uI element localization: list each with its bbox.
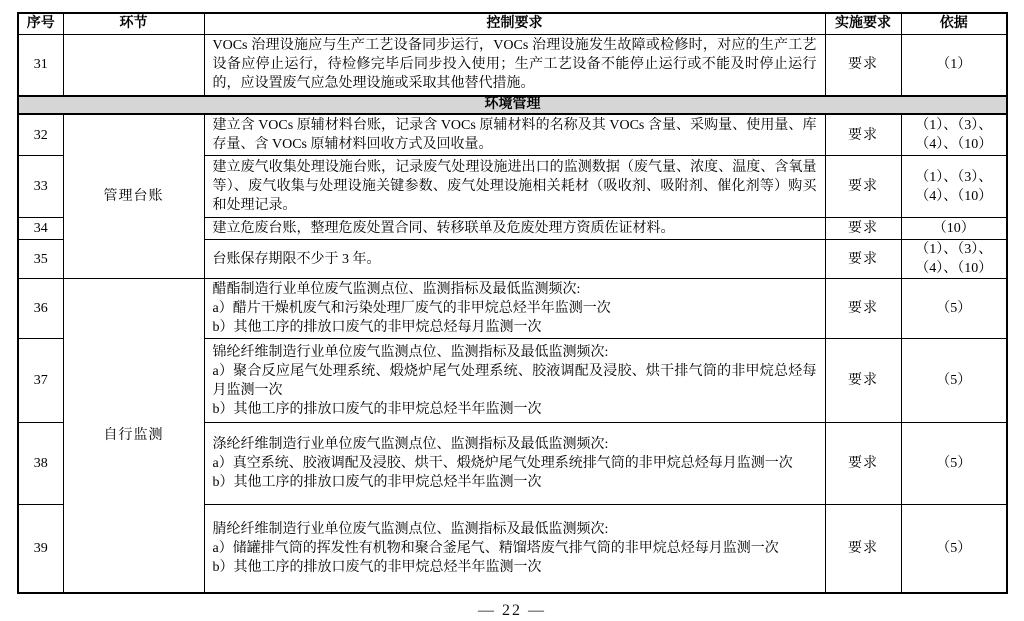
row-basis: （5）	[901, 279, 1007, 339]
row-control: 腈纶纤维制造行业单位废气监测点位、监测指标及最低监测频次: a）储罐排气筒的挥发…	[204, 505, 825, 593]
control-text: 建立危废台账，整理危废处置合同、转移联单及危废处理方资质佐证材料。	[213, 219, 817, 238]
control-text: 腈纶纤维制造行业单位废气监测点位、监测指标及最低监测频次:	[213, 520, 817, 539]
row-basis: （5）	[901, 423, 1007, 505]
control-text: a）聚合反应尾气处理系统、煅烧炉尾气处理系统、胶液调配及浸胶、烘干排气筒的非甲烷…	[213, 362, 817, 400]
header-no: 序号	[18, 13, 63, 34]
control-text: b）其他工序的排放口废气的非甲烷总烃半年监测一次	[213, 558, 817, 577]
header-basis: 依据	[901, 13, 1007, 34]
row-control: 醋酯制造行业单位废气监测点位、监测指标及最低监测频次: a）醋片干燥机废气和污染…	[204, 279, 825, 339]
row-implementation: 要求	[825, 34, 901, 96]
row-implementation: 要求	[825, 423, 901, 505]
stage-self-monitoring: 自行监测	[63, 279, 204, 593]
page-number: — 22 —	[0, 600, 1024, 621]
row-no: 38	[18, 423, 63, 505]
header-control: 控制要求	[204, 13, 825, 34]
row-basis: （1）、（3）、 （4）、（10）	[901, 114, 1007, 156]
row-implementation: 要求	[825, 156, 901, 218]
row-control: 涤纶纤维制造行业单位废气监测点位、监测指标及最低监测频次: a）真空系统、胶液调…	[204, 423, 825, 505]
control-text: 建立废气收集处理设施台账，记录废气处理设施进出口的监测数据（废气量、浓度、温度、…	[213, 158, 817, 215]
section-header-row: 环境管理	[18, 96, 1007, 114]
row-basis: （10）	[901, 218, 1007, 240]
row-implementation: 要求	[825, 279, 901, 339]
control-text: a）醋片干燥机废气和污染处理厂废气的非甲烷总烃半年监测一次	[213, 299, 817, 318]
row-no: 36	[18, 279, 63, 339]
header-implementation: 实施要求	[825, 13, 901, 34]
control-text: 台账保存期限不少于 3 年。	[213, 250, 817, 269]
control-text: b）其他工序的排放口废气的非甲烷总烃半年监测一次	[213, 473, 817, 492]
row-control: 建立含 VOCs 原辅材料台账，记录含 VOCs 原辅材料的名称及其 VOCs …	[204, 114, 825, 156]
row-basis: （5）	[901, 339, 1007, 423]
row-no: 37	[18, 339, 63, 423]
stage-management-ledger: 管理台账	[63, 114, 204, 279]
row-basis: （1）、（3）、 （4）、（10）	[901, 240, 1007, 279]
table-row: 32 管理台账 建立含 VOCs 原辅材料台账，记录含 VOCs 原辅材料的名称…	[18, 114, 1007, 156]
table-row: 31 VOCs 治理设施应与生产工艺设备同步运行，VOCs 治理设施发生故障或检…	[18, 34, 1007, 96]
row-basis: （5）	[901, 505, 1007, 593]
row-control: VOCs 治理设施应与生产工艺设备同步运行，VOCs 治理设施发生故障或检修时，…	[204, 34, 825, 96]
row-control: 建立危废台账，整理危废处置合同、转移联单及危废处理方资质佐证材料。	[204, 218, 825, 240]
row-implementation: 要求	[825, 218, 901, 240]
requirements-table: 序号 环节 控制要求 实施要求 依据 31 VOCs 治理设施应与生产工艺设备同…	[17, 12, 1008, 594]
section-header-label: 环境管理	[18, 96, 1007, 114]
row-no: 31	[18, 34, 63, 96]
row-implementation: 要求	[825, 339, 901, 423]
row-no: 34	[18, 218, 63, 240]
row-control: 建立废气收集处理设施台账，记录废气处理设施进出口的监测数据（废气量、浓度、温度、…	[204, 156, 825, 218]
control-text: 醋酯制造行业单位废气监测点位、监测指标及最低监测频次:	[213, 280, 817, 299]
row-implementation: 要求	[825, 240, 901, 279]
control-text: a）储罐排气筒的挥发性有机物和聚合釜尾气、精馏塔废气排气筒的非甲烷总烃每月监测一…	[213, 539, 817, 558]
control-text: b）其他工序的排放口废气的非甲烷总烃每月监测一次	[213, 318, 817, 337]
control-text: VOCs 治理设施应与生产工艺设备同步运行，VOCs 治理设施发生故障或检修时，…	[213, 36, 817, 93]
table-header-row: 序号 环节 控制要求 实施要求 依据	[18, 13, 1007, 34]
table-row: 36 自行监测 醋酯制造行业单位废气监测点位、监测指标及最低监测频次: a）醋片…	[18, 279, 1007, 339]
row-basis: （1）、（3）、 （4）、（10）	[901, 156, 1007, 218]
row-no: 39	[18, 505, 63, 593]
row-implementation: 要求	[825, 505, 901, 593]
row-implementation: 要求	[825, 114, 901, 156]
control-text: 建立含 VOCs 原辅材料台账，记录含 VOCs 原辅材料的名称及其 VOCs …	[213, 116, 817, 154]
row-no: 32	[18, 114, 63, 156]
control-text: 锦纶纤维制造行业单位废气监测点位、监测指标及最低监测频次:	[213, 343, 817, 362]
row-no: 35	[18, 240, 63, 279]
row-control: 台账保存期限不少于 3 年。	[204, 240, 825, 279]
row-control: 锦纶纤维制造行业单位废气监测点位、监测指标及最低监测频次: a）聚合反应尾气处理…	[204, 339, 825, 423]
row-no: 33	[18, 156, 63, 218]
document-page: 序号 环节 控制要求 实施要求 依据 31 VOCs 治理设施应与生产工艺设备同…	[0, 0, 1024, 621]
control-text: 涤纶纤维制造行业单位废气监测点位、监测指标及最低监测频次:	[213, 435, 817, 454]
header-stage: 环节	[63, 13, 204, 34]
control-text: b）其他工序的排放口废气的非甲烷总烃半年监测一次	[213, 400, 817, 419]
control-text: a）真空系统、胶液调配及浸胶、烘干、煅烧炉尾气处理系统排气筒的非甲烷总烃每月监测…	[213, 454, 817, 473]
row-stage-empty	[63, 34, 204, 96]
row-basis: （1）	[901, 34, 1007, 96]
